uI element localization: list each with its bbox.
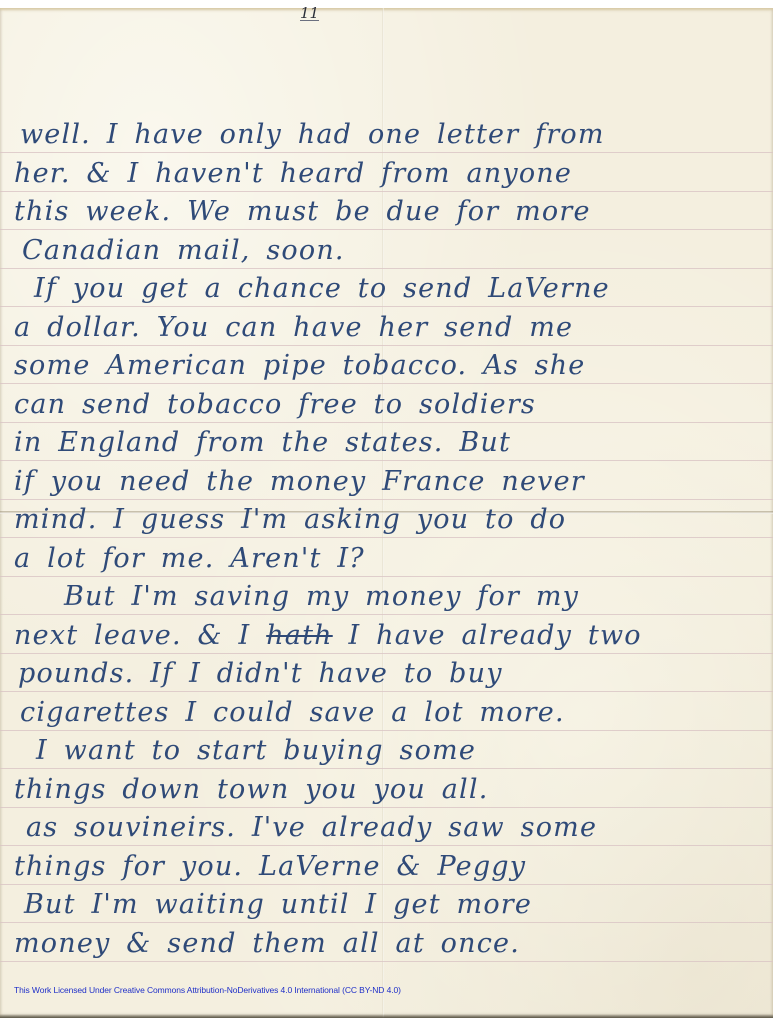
page-number: 11 [300,6,319,21]
handwritten-line: I want to start buying some [36,732,773,770]
paper-bottom-edge [0,1014,773,1018]
handwritten-line: well. I have only had one letter from [20,116,773,154]
handwritten-line: Canadian mail, soon. [22,232,773,270]
license-notice: This Work Licensed Under Creative Common… [14,985,401,995]
handwritten-line: in England from the states. But [14,424,773,462]
paper-top-edge [0,8,773,11]
handwritten-line: some American pipe tobacco. As she [14,347,773,385]
handwritten-line: things for you. LaVerne & Peggy [14,848,773,886]
handwritten-line: if you need the money France never [14,463,773,501]
line-text: next leave. & I [14,620,266,651]
line-text: I have already two [333,620,642,651]
handwritten-line: can send tobacco free to soldiers [14,386,773,424]
handwritten-line: But I'm saving my money for my [64,578,773,616]
handwritten-line: a lot for me. Aren't I? [14,540,773,578]
handwritten-line: things down town you you all. [14,771,773,809]
handwritten-line: as souvineirs. I've already saw some [26,809,773,847]
handwritten-line: money & send them all at once. [14,925,773,963]
handwritten-line: a dollar. You can have her send me [14,309,773,347]
handwritten-line: this week. We must be due for more [14,193,773,231]
handwritten-line: But I'm waiting until I get more [24,886,773,924]
handwritten-line: pounds. If I didn't have to buy [18,655,773,693]
handwritten-line: cigarettes I could save a lot more. [20,694,773,732]
handwritten-line: mind. I guess I'm asking you to do [14,501,773,539]
struck-out-word: hath [266,620,333,651]
handwritten-line: If you get a chance to send LaVerne [34,270,773,308]
handwritten-line: her. & I haven't heard from anyone [14,155,773,193]
handwritten-line: next leave. & I hath I have already two [14,617,773,655]
